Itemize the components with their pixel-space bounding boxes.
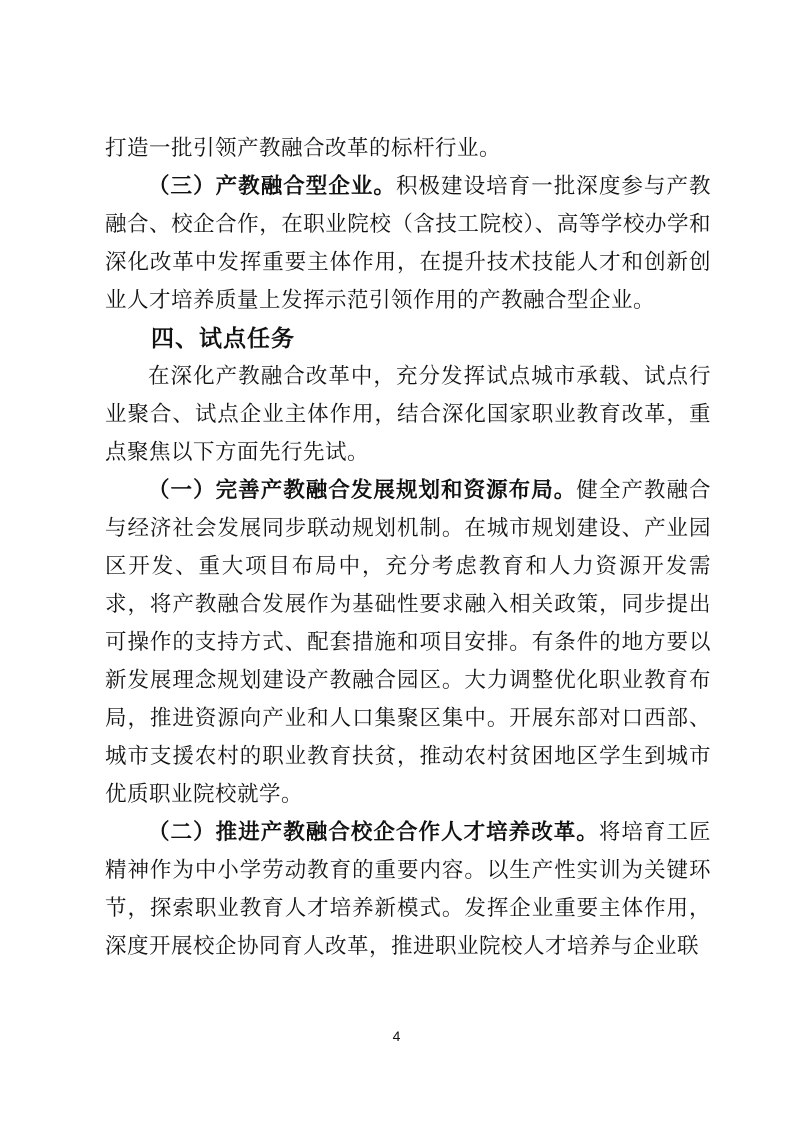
paragraph-text: 打造一批引领产教融合改革的标杆行业。: [105, 136, 501, 160]
paragraph-lead: （二）推进产教融合校企合作人才培养改革。: [148, 820, 599, 844]
page-number: 4: [0, 1026, 793, 1046]
document-page: 打造一批引领产教融合改革的标杆行业。 （三）产教融合型企业。积极建设培育一批深度…: [0, 0, 793, 1122]
paragraph-lead: （三）产教融合型企业。: [148, 174, 396, 198]
paragraph-text: 健全产教融合与经济社会发展同步联动规划机制。在城市规划建设、产业园区开发、重大项…: [105, 478, 711, 806]
paragraph-continuation: 打造一批引领产教融合改革的标杆行业。: [105, 129, 711, 167]
paragraph-item-one: （一）完善产教融合发展规划和资源布局。健全产教融合与经济社会发展同步联动规划机制…: [105, 471, 711, 813]
section-heading-pilot-tasks: 四、试点任务: [105, 319, 711, 357]
document-body: 打造一批引领产教融合改革的标杆行业。 （三）产教融合型企业。积极建设培育一批深度…: [105, 129, 711, 965]
paragraph-intro: 在深化产教融合改革中，充分发挥试点城市承载、试点行业聚合、试点企业主体作用，结合…: [105, 357, 711, 471]
paragraph-lead: （一）完善产教融合发展规划和资源布局。: [148, 478, 576, 502]
paragraph-item-two: （二）推进产教融合校企合作人才培养改革。将培育工匠精神作为中小学劳动教育的重要内…: [105, 813, 711, 965]
paragraph-item-three: （三）产教融合型企业。积极建设培育一批深度参与产教融合、校企合作，在职业院校（含…: [105, 167, 711, 319]
paragraph-text: 在深化产教融合改革中，充分发挥试点城市承载、试点行业聚合、试点企业主体作用，结合…: [105, 364, 711, 464]
